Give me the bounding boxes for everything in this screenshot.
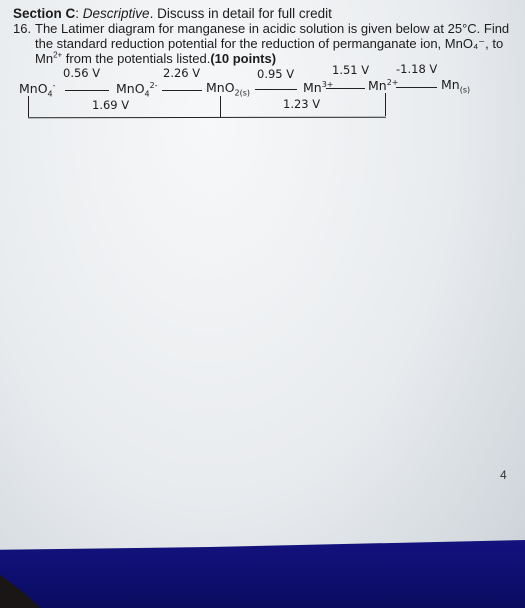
step-line-2 xyxy=(162,90,202,91)
section-instruction: . Discuss in detail for full credit xyxy=(150,6,332,21)
species-mno2: MnO2(s) xyxy=(206,80,250,95)
potential-5: -1.18 V xyxy=(396,62,437,76)
section-type: Descriptive xyxy=(83,6,150,21)
step-line-4 xyxy=(326,88,365,89)
step-line-3 xyxy=(255,89,297,90)
question-line-1: The Latimer diagram for manganese in aci… xyxy=(35,21,509,36)
combined-potential-1: 1.69 V xyxy=(92,98,129,112)
potential-1: 0.56 V xyxy=(63,66,100,80)
species-manganate: MnO42- xyxy=(116,81,158,96)
question-line-2: the standard reduction potential for the… xyxy=(13,36,518,51)
potential-4: 1.51 V xyxy=(332,63,369,77)
species-permanganate: MnO4- xyxy=(19,81,56,96)
step-line-5 xyxy=(396,87,437,88)
potential-3: 0.95 V xyxy=(257,67,294,81)
bracket-right xyxy=(385,93,386,116)
species-mn-solid: Mn(s) xyxy=(441,77,470,92)
points-label: (10 points) xyxy=(210,51,276,66)
desk-surface xyxy=(0,540,525,608)
bracket-left xyxy=(28,96,29,117)
question-16: 16.The Latimer diagram for manganese in … xyxy=(13,21,518,66)
section-label: Section C xyxy=(13,6,75,21)
step-line-1 xyxy=(65,90,109,91)
question-line-3: Mn2+ from the potentials listed.(10 poin… xyxy=(13,51,518,66)
page-number: 4 xyxy=(500,468,507,482)
bracket-middle xyxy=(220,96,221,117)
question-number: 16. xyxy=(13,21,35,36)
potential-2: 2.26 V xyxy=(163,66,200,80)
combined-potential-2: 1.23 V xyxy=(283,97,320,111)
section-header: Section C: Descriptive. Discuss in detai… xyxy=(13,6,332,21)
species-mn2: Mn2+ xyxy=(368,78,399,93)
